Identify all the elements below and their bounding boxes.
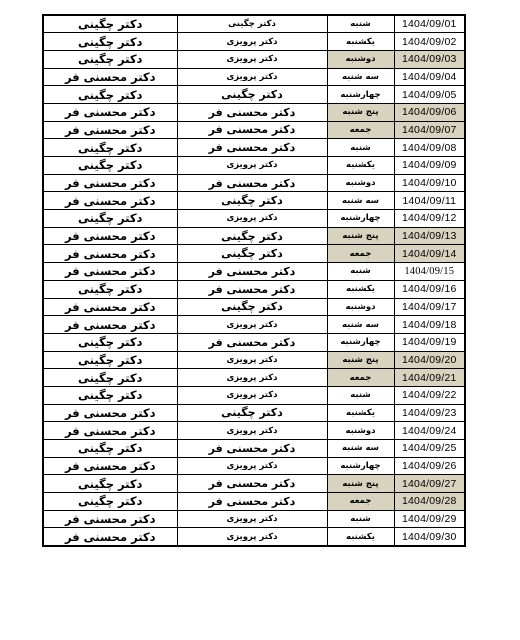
doctor-left-cell: دکتر چگینی bbox=[43, 50, 177, 68]
weekday-cell: جمعه bbox=[327, 369, 394, 387]
date-cell: 1404/09/06 bbox=[394, 103, 465, 121]
doctor-middle-cell: دکتر محسنی فر bbox=[177, 440, 327, 458]
doctor-left-cell: دکتر محسنی فر bbox=[43, 121, 177, 139]
weekday-cell: شنبه bbox=[327, 510, 394, 528]
date-cell: 1404/09/02 bbox=[394, 33, 465, 51]
date-cell: 1404/09/09 bbox=[394, 157, 465, 175]
date-cell: 1404/09/27 bbox=[394, 475, 465, 493]
doctor-middle-cell: دکتر محسنی فر bbox=[177, 121, 327, 139]
doctor-left-cell: دکتر محسنی فر bbox=[43, 316, 177, 334]
schedule-row: 1404/09/19 چهارشنبه دکتر محسنی فر دکتر چ… bbox=[43, 333, 465, 351]
weekday-cell: چهارشنبه bbox=[327, 333, 394, 351]
schedule-row: 1404/09/10 دوشنبه دکتر محسنی فر دکتر محس… bbox=[43, 174, 465, 192]
weekday-cell: جمعه bbox=[327, 245, 394, 263]
schedule-row: 1404/09/23 یکشنبه دکتر چگینی دکتر محسنی … bbox=[43, 404, 465, 422]
weekday-cell: چهارشنبه bbox=[327, 210, 394, 228]
weekday-cell: دوشنبه bbox=[327, 422, 394, 440]
doctor-left-cell: دکتر چگینی bbox=[43, 15, 177, 33]
date-cell: 1404/09/01 bbox=[394, 15, 465, 33]
schedule-row: 1404/09/22 شنبه دکتر پرویزی دکتر چگینی bbox=[43, 386, 465, 404]
date-cell: 1404/09/14 bbox=[394, 245, 465, 263]
schedule-row: 1404/09/20 پنج شنبه دکتر پرویزی دکتر چگی… bbox=[43, 351, 465, 369]
date-cell: 1404/09/12 bbox=[394, 210, 465, 228]
doctor-middle-cell: دکتر محسنی فر bbox=[177, 475, 327, 493]
doctor-middle-cell: دکتر پرویزی bbox=[177, 457, 327, 475]
schedule-row: 1404/09/30 یکشنبه دکتر پرویزی دکتر محسنی… bbox=[43, 528, 465, 546]
doctor-middle-cell: دکتر محسنی فر bbox=[177, 139, 327, 157]
date-cell: 1404/09/20 bbox=[394, 351, 465, 369]
weekday-cell: چهارشنبه bbox=[327, 86, 394, 104]
doctor-middle-cell: دکتر محسنی فر bbox=[177, 174, 327, 192]
weekday-cell: پنج شنبه bbox=[327, 227, 394, 245]
date-cell: 1404/09/23 bbox=[394, 404, 465, 422]
doctor-left-cell: دکتر محسنی فر bbox=[43, 528, 177, 546]
doctor-left-cell: دکتر چگینی bbox=[43, 280, 177, 298]
doctor-left-cell: دکتر چگینی bbox=[43, 351, 177, 369]
date-cell: 1404/09/07 bbox=[394, 121, 465, 139]
weekday-cell: پنج شنبه bbox=[327, 351, 394, 369]
doctor-middle-cell: دکتر پرویزی bbox=[177, 68, 327, 86]
doctor-middle-cell: دکتر چگینی bbox=[177, 404, 327, 422]
schedule-row: 1404/09/16 یکشنبه دکتر محسنی فر دکتر چگی… bbox=[43, 280, 465, 298]
weekday-cell: دوشنبه bbox=[327, 174, 394, 192]
schedule-row: 1404/09/07 جمعه دکتر محسنی فر دکتر محسنی… bbox=[43, 121, 465, 139]
doctor-middle-cell: دکتر پرویزی bbox=[177, 316, 327, 334]
weekday-cell: جمعه bbox=[327, 493, 394, 511]
doctor-middle-cell: دکتر چگینی bbox=[177, 245, 327, 263]
doctor-schedule-table: 1404/09/01 شنبه دکتر چگینی دکتر چگینی 14… bbox=[42, 14, 466, 547]
weekday-cell: یکشنبه bbox=[327, 528, 394, 546]
doctor-middle-cell: دکتر پرویزی bbox=[177, 157, 327, 175]
doctor-left-cell: دکتر محسنی فر bbox=[43, 227, 177, 245]
doctor-middle-cell: دکتر پرویزی bbox=[177, 386, 327, 404]
schedule-page: 1404/09/01 شنبه دکتر چگینی دکتر چگینی 14… bbox=[0, 0, 520, 640]
date-cell: 1404/09/26 bbox=[394, 457, 465, 475]
doctor-left-cell: دکتر محسنی فر bbox=[43, 245, 177, 263]
doctor-left-cell: دکتر چگینی bbox=[43, 369, 177, 387]
doctor-middle-cell: دکتر محسنی فر bbox=[177, 263, 327, 281]
date-cell: 1404/09/24 bbox=[394, 422, 465, 440]
schedule-row: 1404/09/25 سه شنبه دکتر محسنی فر دکتر چگ… bbox=[43, 440, 465, 458]
schedule-row: 1404/09/29 شنبه دکتر پرویزی دکتر محسنی ف… bbox=[43, 510, 465, 528]
weekday-cell: یکشنبه bbox=[327, 157, 394, 175]
schedule-row: 1404/09/15 شنبه دکتر محسنی فر دکتر محسنی… bbox=[43, 263, 465, 281]
doctor-left-cell: دکتر چگینی bbox=[43, 33, 177, 51]
date-cell: 1404/09/19 bbox=[394, 333, 465, 351]
schedule-row: 1404/09/17 دوشنبه دکتر چگینی دکتر محسنی … bbox=[43, 298, 465, 316]
doctor-middle-cell: دکتر پرویزی bbox=[177, 510, 327, 528]
doctor-left-cell: دکتر محسنی فر bbox=[43, 192, 177, 210]
doctor-middle-cell: دکتر محسنی فر bbox=[177, 280, 327, 298]
doctor-left-cell: دکتر محسنی فر bbox=[43, 68, 177, 86]
date-cell: 1404/09/18 bbox=[394, 316, 465, 334]
weekday-cell: دوشنبه bbox=[327, 298, 394, 316]
schedule-row: 1404/09/09 یکشنبه دکتر پرویزی دکتر چگینی bbox=[43, 157, 465, 175]
doctor-middle-cell: دکتر پرویزی bbox=[177, 369, 327, 387]
doctor-left-cell: دکتر محسنی فر bbox=[43, 457, 177, 475]
doctor-middle-cell: دکتر پرویزی bbox=[177, 210, 327, 228]
schedule-row: 1404/09/08 شنبه دکتر محسنی فر دکتر چگینی bbox=[43, 139, 465, 157]
doctor-left-cell: دکتر چگینی bbox=[43, 386, 177, 404]
doctor-left-cell: دکتر محسنی فر bbox=[43, 422, 177, 440]
doctor-left-cell: دکتر چگینی bbox=[43, 157, 177, 175]
doctor-middle-cell: دکتر چگینی bbox=[177, 86, 327, 104]
doctor-middle-cell: دکتر محسنی فر bbox=[177, 333, 327, 351]
date-cell: 1404/09/05 bbox=[394, 86, 465, 104]
doctor-left-cell: دکتر محسنی فر bbox=[43, 174, 177, 192]
doctor-middle-cell: دکتر محسنی فر bbox=[177, 493, 327, 511]
doctor-left-cell: دکتر چگینی bbox=[43, 493, 177, 511]
weekday-cell: سه شنبه bbox=[327, 316, 394, 334]
doctor-middle-cell: دکتر پرویزی bbox=[177, 422, 327, 440]
weekday-cell: سه شنبه bbox=[327, 192, 394, 210]
date-cell: 1404/09/28 bbox=[394, 493, 465, 511]
weekday-cell: شنبه bbox=[327, 263, 394, 281]
date-cell: 1404/09/10 bbox=[394, 174, 465, 192]
schedule-row: 1404/09/01 شنبه دکتر چگینی دکتر چگینی bbox=[43, 15, 465, 33]
schedule-row: 1404/09/26 چهارشنبه دکتر پرویزی دکتر محس… bbox=[43, 457, 465, 475]
doctor-middle-cell: دکتر پرویزی bbox=[177, 351, 327, 369]
schedule-row: 1404/09/28 جمعه دکتر محسنی فر دکتر چگینی bbox=[43, 493, 465, 511]
weekday-cell: دوشنبه bbox=[327, 50, 394, 68]
doctor-left-cell: دکتر چگینی bbox=[43, 210, 177, 228]
schedule-row: 1404/09/06 پنج شنبه دکتر محسنی فر دکتر م… bbox=[43, 103, 465, 121]
weekday-cell: شنبه bbox=[327, 15, 394, 33]
date-cell: 1404/09/22 bbox=[394, 386, 465, 404]
doctor-middle-cell: دکتر چگینی bbox=[177, 192, 327, 210]
schedule-row: 1404/09/04 سه شنبه دکتر پرویزی دکتر محسن… bbox=[43, 68, 465, 86]
doctor-middle-cell: دکتر پرویزی bbox=[177, 528, 327, 546]
weekday-cell: یکشنبه bbox=[327, 280, 394, 298]
doctor-left-cell: دکتر چگینی bbox=[43, 440, 177, 458]
weekday-cell: پنج شنبه bbox=[327, 475, 394, 493]
weekday-cell: پنج شنبه bbox=[327, 103, 394, 121]
weekday-cell: جمعه bbox=[327, 121, 394, 139]
doctor-left-cell: دکتر محسنی فر bbox=[43, 263, 177, 281]
schedule-row: 1404/09/13 پنج شنبه دکتر چگینی دکتر محسن… bbox=[43, 227, 465, 245]
doctor-left-cell: دکتر چگینی bbox=[43, 333, 177, 351]
weekday-cell: سه شنبه bbox=[327, 440, 394, 458]
schedule-row: 1404/09/18 سه شنبه دکتر پرویزی دکتر محسن… bbox=[43, 316, 465, 334]
schedule-row: 1404/09/12 چهارشنبه دکتر پرویزی دکتر چگی… bbox=[43, 210, 465, 228]
date-cell: 1404/09/21 bbox=[394, 369, 465, 387]
doctor-middle-cell: دکتر چگینی bbox=[177, 298, 327, 316]
weekday-cell: سه شنبه bbox=[327, 68, 394, 86]
schedule-row: 1404/09/14 جمعه دکتر چگینی دکتر محسنی فر bbox=[43, 245, 465, 263]
doctor-middle-cell: دکتر چگینی bbox=[177, 227, 327, 245]
schedule-row: 1404/09/27 پنج شنبه دکتر محسنی فر دکتر چ… bbox=[43, 475, 465, 493]
schedule-row: 1404/09/05 چهارشنبه دکتر چگینی دکتر چگین… bbox=[43, 86, 465, 104]
date-cell: 1404/09/15 bbox=[394, 263, 465, 281]
schedule-table-body: 1404/09/01 شنبه دکتر چگینی دکتر چگینی 14… bbox=[43, 15, 465, 546]
doctor-left-cell: دکتر چگینی bbox=[43, 86, 177, 104]
doctor-middle-cell: دکتر پرویزی bbox=[177, 33, 327, 51]
date-cell: 1404/09/17 bbox=[394, 298, 465, 316]
doctor-left-cell: دکتر محسنی فر bbox=[43, 404, 177, 422]
date-cell: 1404/09/30 bbox=[394, 528, 465, 546]
schedule-row: 1404/09/24 دوشنبه دکتر پرویزی دکتر محسنی… bbox=[43, 422, 465, 440]
weekday-cell: چهارشنبه bbox=[327, 457, 394, 475]
doctor-left-cell: دکتر محسنی فر bbox=[43, 298, 177, 316]
doctor-middle-cell: دکتر پرویزی bbox=[177, 50, 327, 68]
date-cell: 1404/09/16 bbox=[394, 280, 465, 298]
weekday-cell: یکشنبه bbox=[327, 33, 394, 51]
doctor-left-cell: دکتر محسنی فر bbox=[43, 103, 177, 121]
date-cell: 1404/09/25 bbox=[394, 440, 465, 458]
date-cell: 1404/09/08 bbox=[394, 139, 465, 157]
schedule-row: 1404/09/11 سه شنبه دکتر چگینی دکتر محسنی… bbox=[43, 192, 465, 210]
doctor-middle-cell: دکتر محسنی فر bbox=[177, 103, 327, 121]
date-cell: 1404/09/04 bbox=[394, 68, 465, 86]
schedule-row: 1404/09/03 دوشنبه دکتر پرویزی دکتر چگینی bbox=[43, 50, 465, 68]
weekday-cell: یکشنبه bbox=[327, 404, 394, 422]
weekday-cell: شنبه bbox=[327, 139, 394, 157]
date-cell: 1404/09/13 bbox=[394, 227, 465, 245]
date-cell: 1404/09/03 bbox=[394, 50, 465, 68]
schedule-row: 1404/09/02 یکشنبه دکتر پرویزی دکتر چگینی bbox=[43, 33, 465, 51]
weekday-cell: شنبه bbox=[327, 386, 394, 404]
date-cell: 1404/09/29 bbox=[394, 510, 465, 528]
date-cell: 1404/09/11 bbox=[394, 192, 465, 210]
doctor-left-cell: دکتر چگینی bbox=[43, 475, 177, 493]
schedule-row: 1404/09/21 جمعه دکتر پرویزی دکتر چگینی bbox=[43, 369, 465, 387]
doctor-left-cell: دکتر محسنی فر bbox=[43, 510, 177, 528]
doctor-middle-cell: دکتر چگینی bbox=[177, 15, 327, 33]
doctor-left-cell: دکتر چگینی bbox=[43, 139, 177, 157]
